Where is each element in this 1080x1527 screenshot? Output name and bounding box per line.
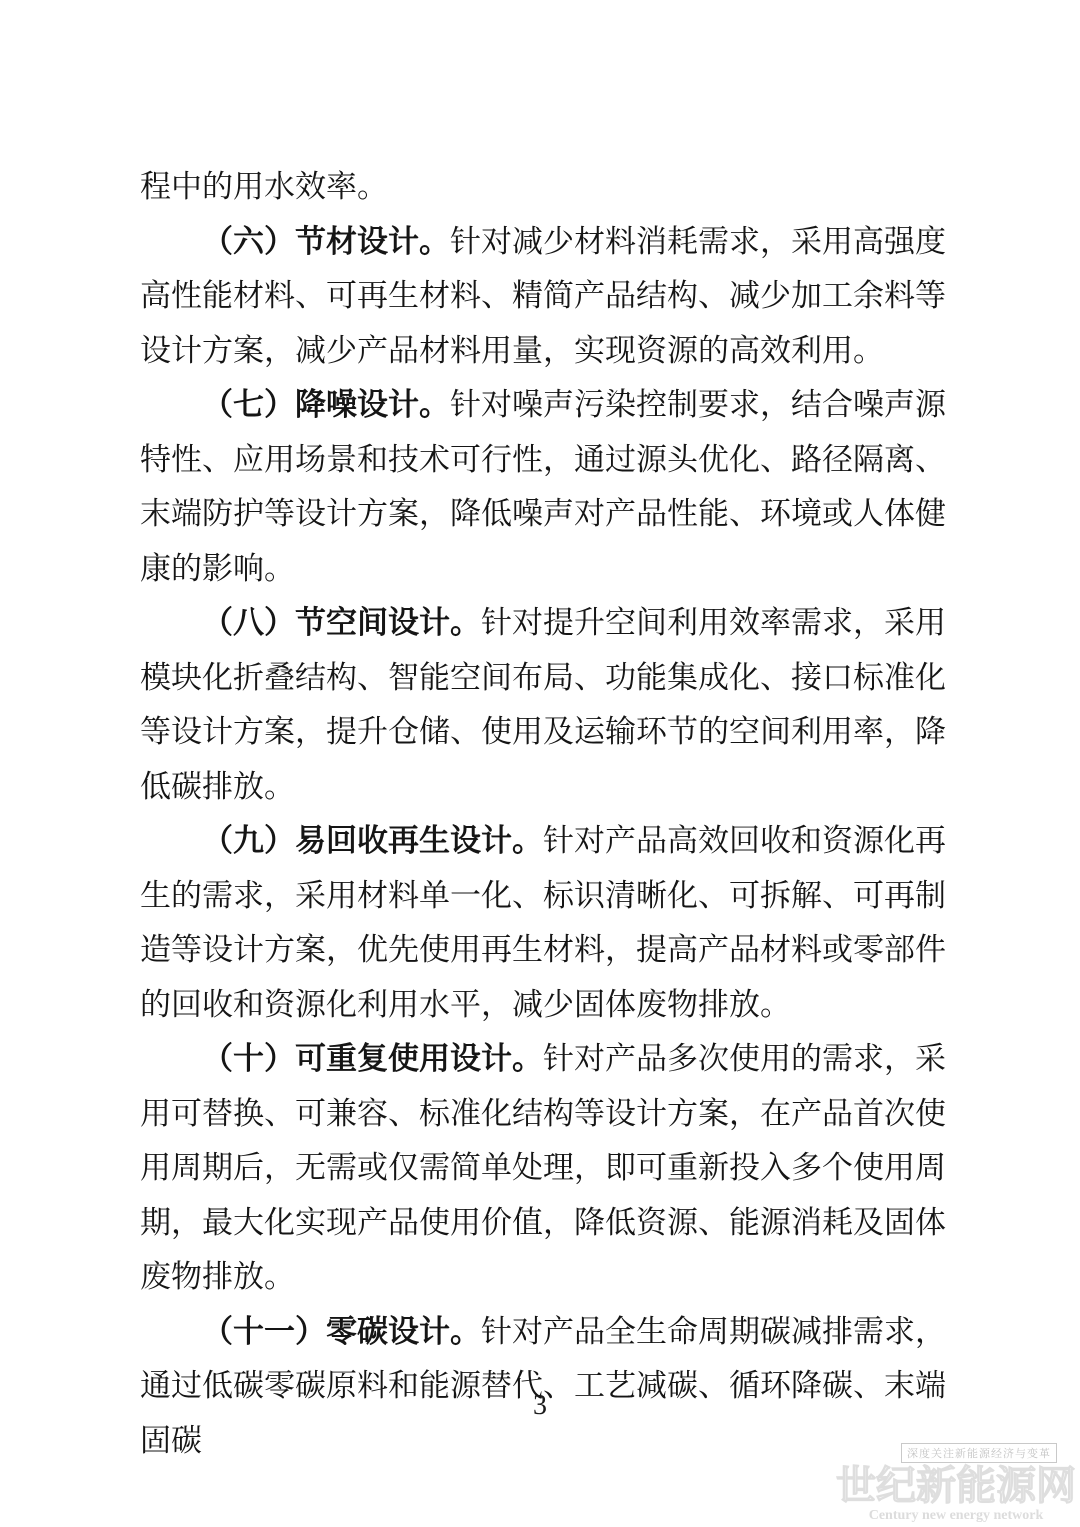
watermark-tagline: 深度关注新能源经济与变革 xyxy=(901,1443,1057,1463)
paragraph: （七）降噪设计。针对噪声污染控制要求，结合噪声源特性、应用场景和技术可行性，通过… xyxy=(140,378,946,596)
paragraph: 程中的用水效率。 xyxy=(140,160,946,215)
paragraph: （十一）零碳设计。针对产品全生命周期碳减排需求，通过低碳零碳原料和能源替代、工艺… xyxy=(140,1305,946,1469)
paragraph-heading: （九）易回收再生设计。 xyxy=(202,823,543,858)
paragraph: （八）节空间设计。针对提升空间利用效率需求，采用模块化折叠结构、智能空间布局、功… xyxy=(140,596,946,814)
paragraph-heading: （八）节空间设计。 xyxy=(202,605,481,640)
paragraph-heading: （七）降噪设计。 xyxy=(202,387,450,422)
paragraph: （六）节材设计。针对减少材料消耗需求，采用高强度高性能材料、可再生材料、精简产品… xyxy=(140,215,946,379)
document-body: 程中的用水效率。（六）节材设计。针对减少材料消耗需求，采用高强度高性能材料、可再… xyxy=(140,160,946,1468)
paragraph-text: 程中的用水效率。 xyxy=(140,169,388,204)
paragraph: （九）易回收再生设计。针对产品高效回收和资源化再生的需求，采用材料单一化、标识清… xyxy=(140,814,946,1032)
page-number: 3 xyxy=(0,1390,1080,1422)
watermark-title: 世纪新能源网 xyxy=(836,1464,1076,1508)
site-watermark: 深度关注新能源经济与变革 世纪新能源网 Century new energy n… xyxy=(836,1443,1076,1524)
paragraph-heading: （十一）零碳设计。 xyxy=(202,1314,481,1349)
paragraph: （十）可重复使用设计。针对产品多次使用的需求，采用可替换、可兼容、标准化结构等设… xyxy=(140,1032,946,1305)
paragraph-heading: （六）节材设计。 xyxy=(202,224,450,259)
document-page: 程中的用水效率。（六）节材设计。针对减少材料消耗需求，采用高强度高性能材料、可再… xyxy=(0,0,1080,1527)
watermark-subtitle: Century new energy network xyxy=(836,1508,1076,1524)
paragraph-text: 针对产品多次使用的需求，采用可替换、可兼容、标准化结构等设计方案，在产品首次使用… xyxy=(140,1041,946,1294)
paragraph-heading: （十）可重复使用设计。 xyxy=(202,1041,543,1076)
